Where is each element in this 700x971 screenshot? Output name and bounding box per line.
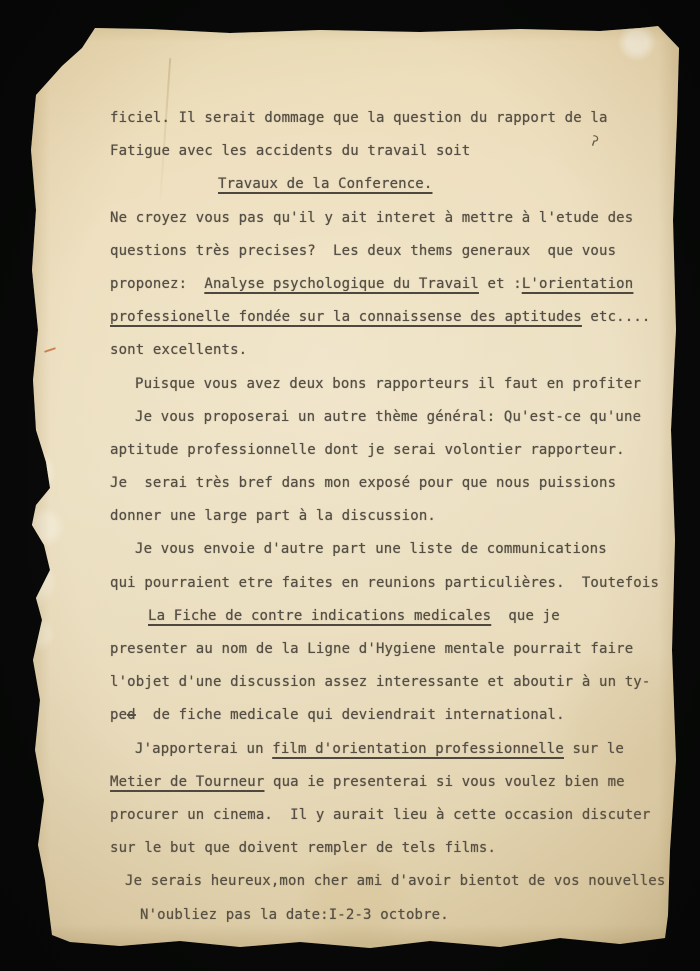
text-segment: J'apporterai un	[135, 741, 272, 757]
text-segment: Puisque vous avez deux bons rapporteurs …	[135, 376, 641, 392]
text-line: Fatigue avec les accidents du travail so…	[110, 143, 670, 176]
underlined-text: L'orientation	[522, 276, 634, 292]
text-block: ficiel. Il serait dommage que la questio…	[110, 110, 670, 940]
text-line: sont excellents.	[110, 342, 670, 375]
text-line: donner une large part à la discussion.	[110, 508, 670, 541]
text-line: l'objet d'une discussion assez interessa…	[110, 674, 670, 707]
text-line: Ne croyez vous pas qu'il y ait interet à…	[110, 210, 670, 243]
text-segment: proponez:	[110, 276, 204, 292]
text-segment: ficiel. Il serait dommage que la questio…	[110, 110, 608, 126]
text-line: aptitude professionnelle dont je serai v…	[110, 442, 670, 475]
text-segment: Je vous envoie d'autre part une liste de…	[135, 541, 607, 557]
text-segment: l'objet d'une discussion assez interessa…	[110, 674, 650, 690]
document-page: ficiel. Il serait dommage que la questio…	[24, 22, 680, 950]
underlined-text: La Fiche de contre indications medicales	[148, 608, 491, 624]
text-line: ficiel. Il serait dommage que la questio…	[110, 110, 670, 143]
text-line: Je vous envoie d'autre part une liste de…	[110, 541, 670, 574]
text-segment: presenter au nom de la Ligne d'Hygiene m…	[110, 641, 633, 657]
text-segment: sur le	[564, 741, 624, 757]
text-line: qui pourraient etre faites en reunions p…	[110, 575, 670, 608]
text-line: La Fiche de contre indications medicales…	[110, 608, 670, 641]
paper-scratch-mark	[44, 347, 56, 353]
text-line: Je serais heureux,mon cher ami d'avoir b…	[110, 873, 670, 906]
text-segment: Fatigue avec les accidents du travail so…	[110, 143, 470, 159]
text-segment: questions très precises? Les deux thems …	[110, 243, 616, 259]
text-segment: Je serai très bref dans mon exposé pour …	[110, 475, 616, 491]
text-segment: Ne croyez vous pas qu'il y ait interet à…	[110, 210, 633, 226]
underlined-text: Analyse psychologique du Travail	[204, 276, 479, 292]
text-line: J'apporterai un film d'orientation profe…	[110, 741, 670, 774]
text-segment: et :	[479, 276, 522, 292]
text-line: ped de fiche medicale qui deviendrait in…	[110, 707, 670, 740]
struck-text: d	[127, 707, 136, 723]
text-segment: pe	[110, 707, 127, 723]
underlined-text: film d'orientation professionnelle	[272, 741, 564, 757]
text-line: questions très precises? Les deux thems …	[110, 243, 670, 276]
text-line: procurer un cinema. Il y aurait lieu à c…	[110, 807, 670, 840]
text-segment: sur le but que doivent rempler de tels f…	[110, 840, 496, 856]
underlined-text: Metier de Tourneur	[110, 774, 264, 790]
text-segment: etc....	[582, 309, 651, 325]
text-segment: N'oubliez pas la date:I-2-3 octobre.	[140, 907, 449, 923]
scan-background: ficiel. Il serait dommage que la questio…	[0, 0, 700, 971]
text-segment: aptitude professionnelle dont je serai v…	[110, 442, 625, 458]
text-line: Je vous proposerai un autre thème généra…	[110, 409, 670, 442]
text-line: presenter au nom de la Ligne d'Hygiene m…	[110, 641, 670, 674]
text-line: Je serai très bref dans mon exposé pour …	[110, 475, 670, 508]
text-segment: Je serais heureux,mon cher ami d'avoir b…	[125, 873, 665, 889]
text-line: Travaux de la Conference.	[110, 176, 670, 209]
underlined-text: professionelle fondée sur la connaissens…	[110, 309, 582, 325]
text-line: sur le but que doivent rempler de tels f…	[110, 840, 670, 873]
text-line: proponez: Analyse psychologique du Trava…	[110, 276, 670, 309]
text-line: Puisque vous avez deux bons rapporteurs …	[110, 376, 670, 409]
text-segment: qui pourraient etre faites en reunions p…	[110, 575, 659, 591]
text-line: professionelle fondée sur la connaissens…	[110, 309, 670, 342]
underlined-text: Travaux de la Conference.	[218, 176, 432, 192]
text-segment: que je	[491, 608, 560, 624]
text-line: N'oubliez pas la date:I-2-3 octobre.	[110, 907, 670, 940]
text-segment: de fiche medicale qui deviendrait intern…	[136, 707, 565, 723]
text-segment: sont excellents.	[110, 342, 247, 358]
text-line: Metier de Tourneur qua ie presenterai si…	[110, 774, 670, 807]
text-segment: donner une large part à la discussion.	[110, 508, 436, 524]
text-segment: Je vous proposerai un autre thème généra…	[135, 409, 641, 425]
text-segment: procurer un cinema. Il y aurait lieu à c…	[110, 807, 650, 823]
text-segment: qua ie presenterai si vous voulez bien m…	[264, 774, 624, 790]
